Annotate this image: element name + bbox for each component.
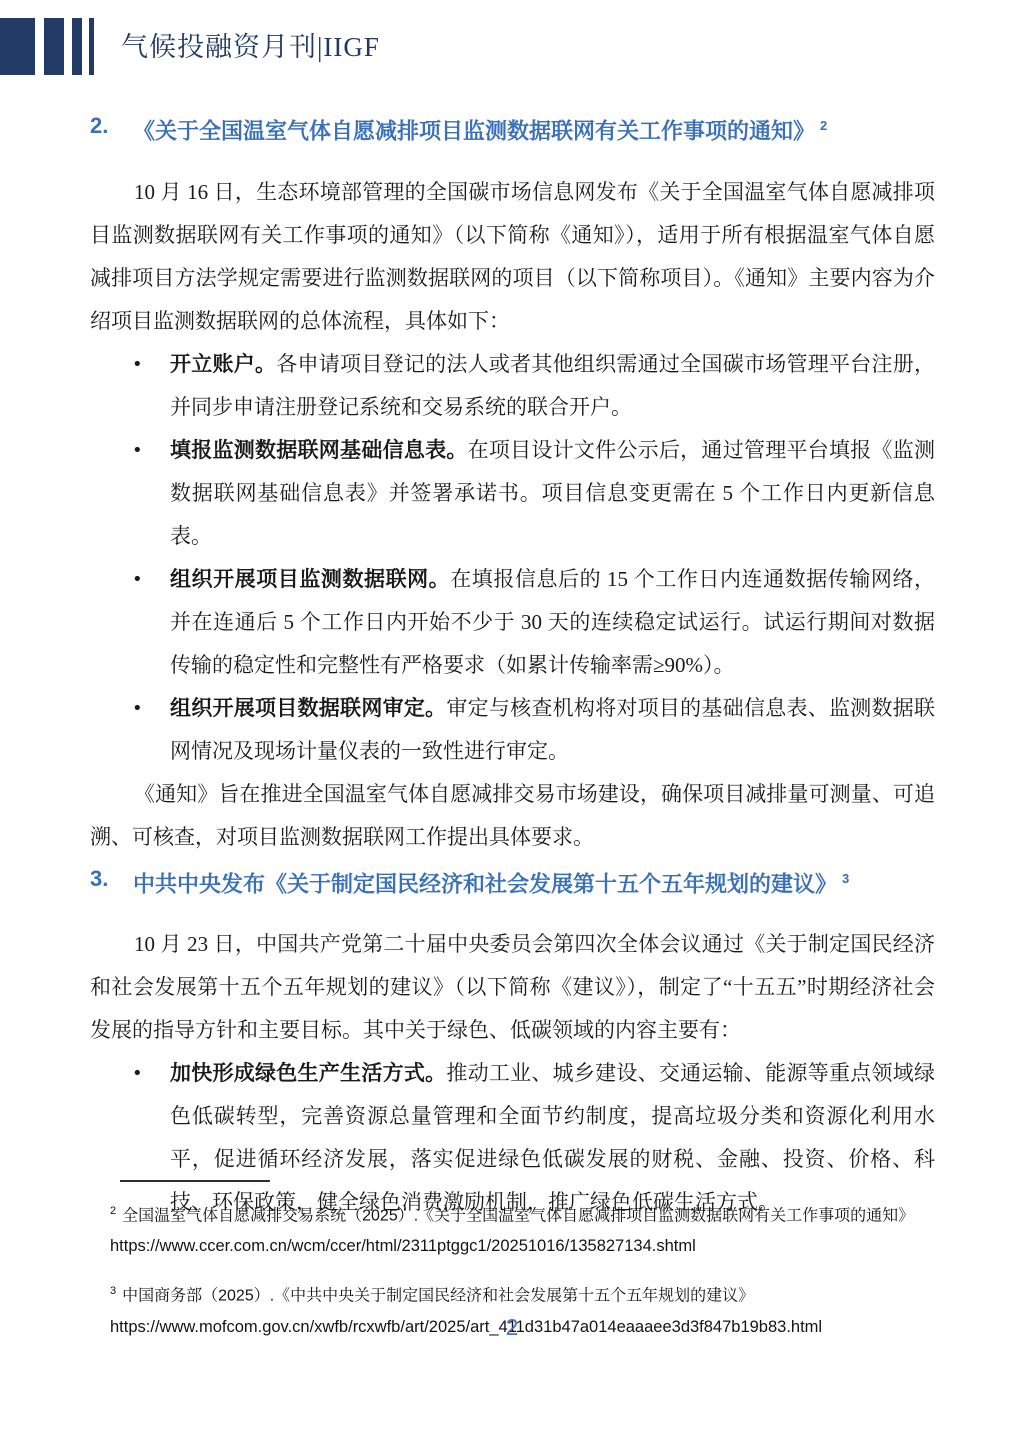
logo-bar-icon (72, 18, 82, 75)
paragraph: 10 月 23 日，中国共产党第二十届中央委员会第四次全体会议通过《关于制定国民… (90, 923, 935, 1052)
footnote-reference: 3 (842, 871, 849, 886)
iigf-logo (0, 18, 94, 75)
section-title: 《关于全国温室气体自愿减排项目监测数据联网有关工作事项的通知》2 (133, 112, 935, 145)
section-number: 2. (90, 112, 133, 140)
logo-bar-icon (0, 18, 35, 75)
bullet-list: • 开立账户。各申请项目登记的法人或者其他组织需通过全国碳市场管理平台注册，并同… (90, 343, 935, 773)
logo-bar-icon (44, 18, 64, 75)
footnote-marker: 2 (110, 1205, 116, 1217)
footnote: 2全国温室气体自愿减排交易系统（2025）.《关于全国温室气体自愿减排项目监测数… (110, 1196, 965, 1262)
footnote-reference: 2 (820, 118, 827, 133)
bullet-icon: • (132, 687, 143, 730)
paragraph: 《通知》旨在推进全国温室气体自愿减排交易市场建设，确保项目减排量可测量、可追溯、… (90, 773, 935, 859)
bullet-lead: 填报监测数据联网基础信息表。 (170, 438, 468, 462)
section-title-text: 《关于全国温室气体自愿减排项目监测数据联网有关工作事项的通知》 (133, 118, 815, 143)
section-title-text: 中共中央发布《关于制定国民经济和社会发展第十五个五年规划的建议》 (133, 872, 837, 897)
bullet-text: 各申请项目登记的法人或者其他组织需通过全国碳市场管理平台注册，并同步申请注册登记… (170, 352, 935, 419)
list-item: • 开立账户。各申请项目登记的法人或者其他组织需通过全国碳市场管理平台注册，并同… (90, 343, 935, 429)
paragraph: 10 月 16 日，生态环境部管理的全国碳市场信息网发布《关于全国温室气体自愿减… (90, 171, 935, 343)
page-number: 2 (0, 1314, 1024, 1341)
bullet-icon: • (132, 429, 143, 472)
bullet-lead: 加快形成绿色生产生活方式。 (170, 1061, 446, 1085)
footnote-line: 3中国商务部（2025）.《中共中央关于制定国民经济和社会发展第十五个五年规划的… (110, 1276, 965, 1311)
bullet-lead: 组织开展项目监测数据联网。 (170, 567, 450, 591)
footnote-url: https://www.ccer.com.cn/wcm/ccer/html/23… (110, 1231, 965, 1262)
bullet-icon: • (132, 343, 143, 386)
bullet-lead: 组织开展项目数据联网审定。 (170, 696, 446, 720)
section-number: 3. (90, 865, 133, 893)
footnote-line: 2全国温室气体自愿减排交易系统（2025）.《关于全国温室气体自愿减排项目监测数… (110, 1196, 965, 1231)
footnote-marker: 3 (110, 1285, 116, 1297)
list-item: • 填报监测数据联网基础信息表。在项目设计文件公示后，通过管理平台填报《监测数据… (90, 429, 935, 558)
bullet-icon: • (132, 1052, 143, 1095)
section-title: 中共中央发布《关于制定国民经济和社会发展第十五个五年规划的建议》3 (133, 865, 935, 898)
logo-bar-icon (89, 18, 94, 75)
footnote-text: 全国温室气体自愿减排交易系统（2025）.《关于全国温室气体自愿减排项目监测数据… (122, 1207, 914, 1224)
main-content: 2. 《关于全国温室气体自愿减排项目监测数据联网有关工作事项的通知》2 10 月… (90, 112, 935, 1224)
section-2-heading: 2. 《关于全国温室气体自愿减排项目监测数据联网有关工作事项的通知》2 (90, 112, 935, 145)
list-item: • 组织开展项目数据联网审定。审定与核查机构将对项目的基础信息表、监测数据联网情… (90, 687, 935, 773)
footnote-text: 中国商务部（2025）.《中共中央关于制定国民经济和社会发展第十五个五年规划的建… (122, 1288, 754, 1305)
bullet-lead: 开立账户。 (170, 352, 276, 376)
document-page: 气候投融资月刊|IIGF 2. 《关于全国温室气体自愿减排项目监测数据联网有关工… (0, 0, 1024, 1447)
page-title: 气候投融资月刊|IIGF (121, 29, 380, 65)
bullet-icon: • (132, 558, 143, 601)
list-item: • 组织开展项目监测数据联网。在填报信息后的 15 个工作日内连通数据传输网络，… (90, 558, 935, 687)
footnote-separator (120, 1180, 270, 1182)
section-3-heading: 3. 中共中央发布《关于制定国民经济和社会发展第十五个五年规划的建议》3 (90, 865, 935, 898)
